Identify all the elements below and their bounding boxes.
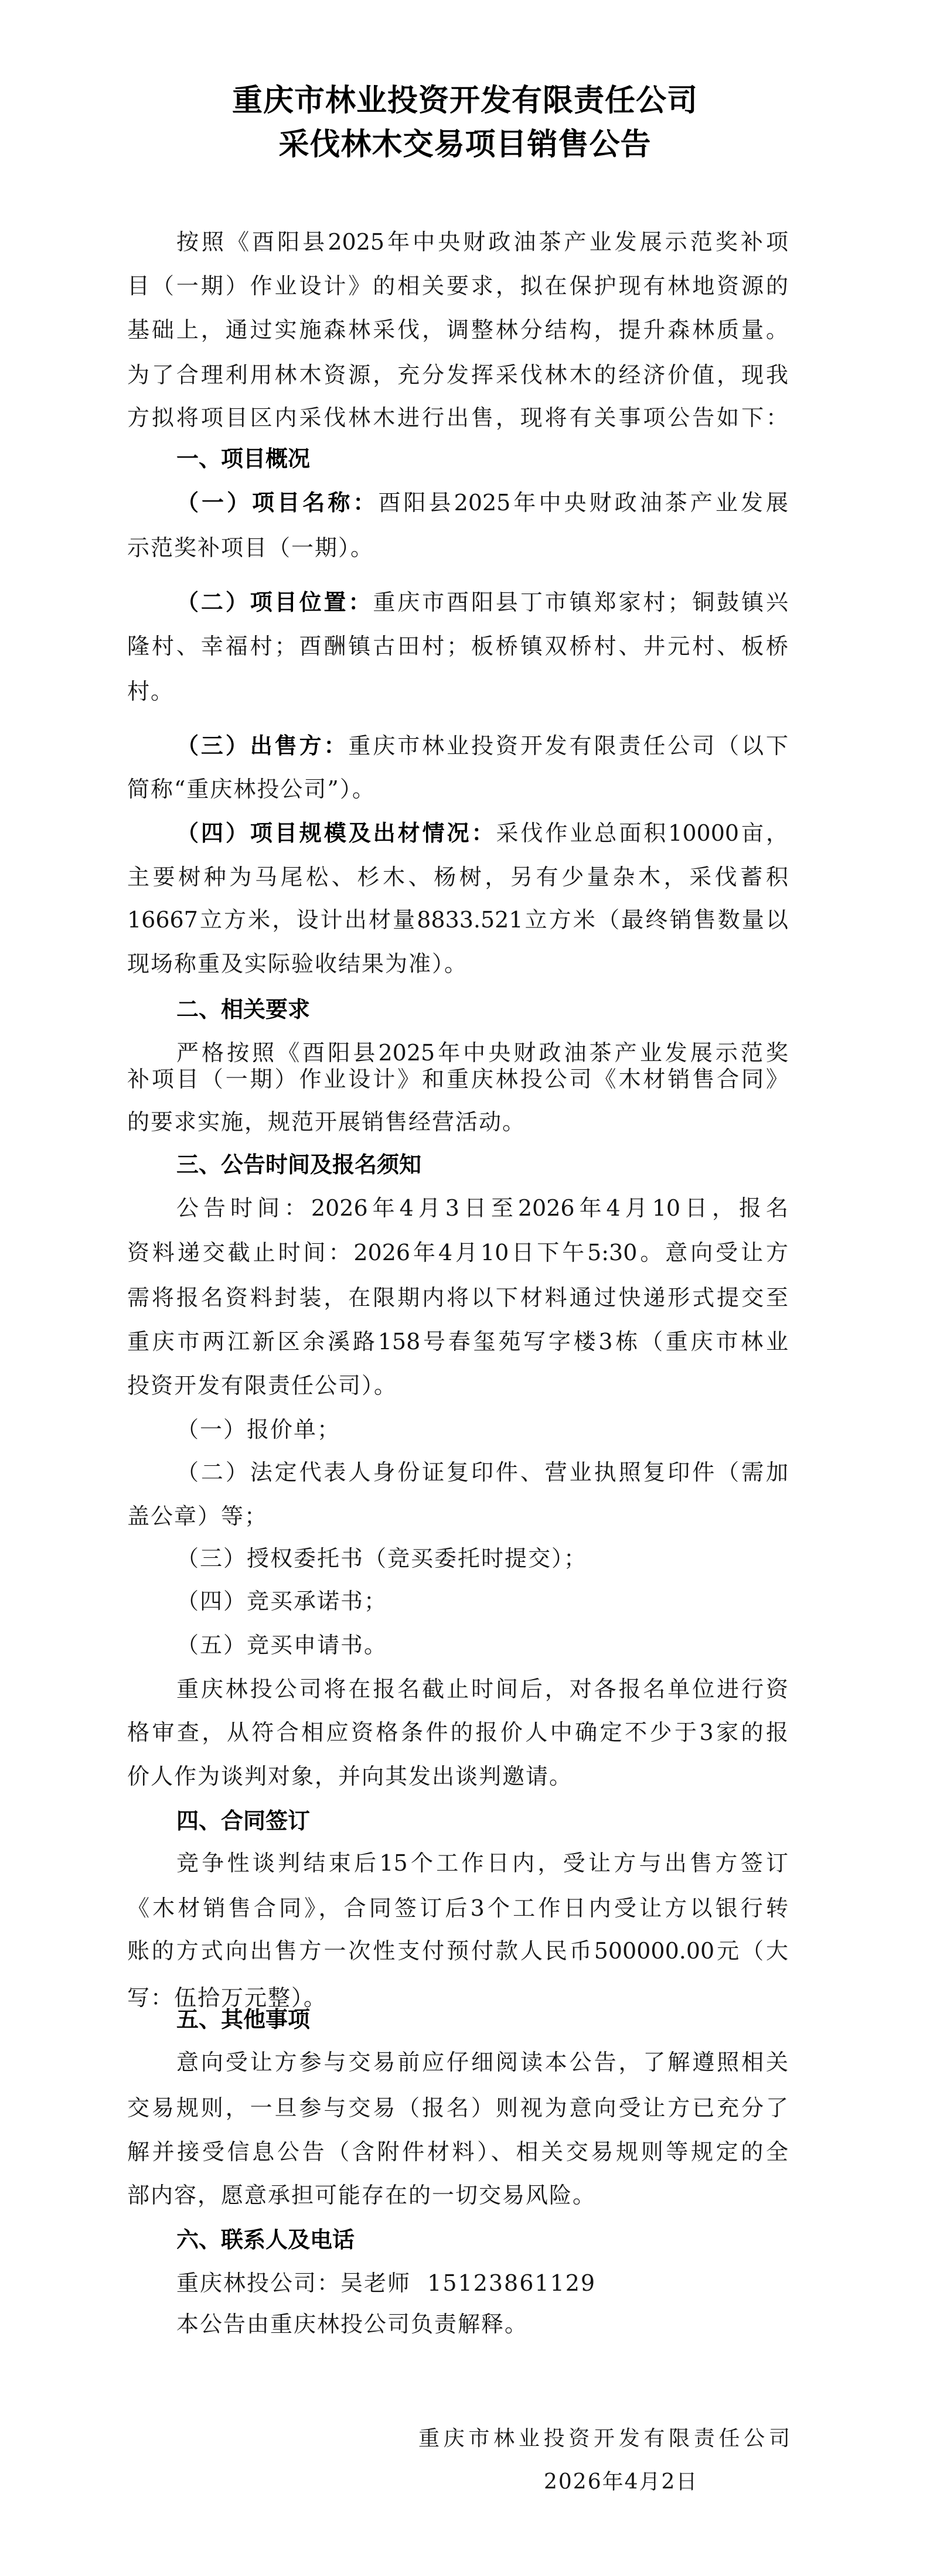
intro-line: 基础上，通过实施森林采伐，调整林分结构，提升森林质量。 bbox=[127, 316, 788, 344]
project-scale-line: 现场称重及实际验收结果为准）。 bbox=[127, 950, 468, 978]
interpretation-note: 本公告由重庆林投公司负责解释。 bbox=[176, 2310, 528, 2338]
intro-line: 为了合理利用林木资源，充分发挥采伐林木的经济价值，现我 bbox=[127, 361, 788, 389]
registration-line: 投资开发有限责任公司）。 bbox=[127, 1371, 397, 1400]
section-heading-contract: 四、合同签订 bbox=[176, 1807, 310, 1835]
contract-line: 《木材销售合同》，合同签订后3个工作日内受让方以银行转 bbox=[127, 1894, 788, 1922]
project-location-value: 重庆市酉阳县丁市镇郑家村；铜鼓镇兴 bbox=[373, 589, 788, 615]
project-scale-line: （四）项目规模及出材情况：采伐作业总面积10000亩， bbox=[176, 819, 788, 847]
other-matters-line: 交易规则，一旦参与交易（报名）则视为意向受让方已充分了 bbox=[127, 2094, 788, 2122]
contact-info: 重庆林投公司：吴老师 15123861129 bbox=[176, 2269, 596, 2297]
project-name-value: 酉阳县2025年中央财政油茶产业发展 bbox=[378, 490, 788, 516]
project-name-line: （一）项目名称：酉阳县2025年中央财政油茶产业发展 bbox=[176, 489, 788, 517]
registration-line: 重庆市两江新区余溪路158号春玺苑写字楼3栋（重庆市林业 bbox=[127, 1328, 788, 1356]
document-title-line-1: 重庆市林业投资开发有限责任公司 bbox=[0, 83, 930, 118]
qualification-line: 价人作为谈判对象，并向其发出谈判邀请。 bbox=[127, 1762, 573, 1790]
material-item: （五）竞买申请书。 bbox=[176, 1631, 387, 1659]
material-item: （二）法定代表人身份证复印件、营业执照复印件（需加 bbox=[176, 1458, 788, 1486]
requirements-line: 严格按照《酉阳县2025年中央财政油茶产业发展示范奖 bbox=[176, 1039, 788, 1067]
signature-date: 2026年4月2日 bbox=[544, 2469, 698, 2496]
signature-company: 重庆市林业投资开发有限责任公司 bbox=[418, 2425, 791, 2452]
seller-line: 简称“重庆林投公司”）。 bbox=[127, 775, 376, 803]
section-heading-contact: 六、联系人及电话 bbox=[176, 2226, 355, 2254]
project-scale-line: 16667立方米，设计出材量8833.521立方米（最终销售数量以 bbox=[127, 906, 788, 934]
seller-value: 重庆市林业投资开发有限责任公司（以下 bbox=[348, 733, 788, 759]
announcement-document: 重庆市林业投资开发有限责任公司 采伐林木交易项目销售公告 按照《酉阳县2025年… bbox=[0, 0, 930, 2576]
intro-line: 目（一期）作业设计》的相关要求，拟在保护现有林地资源的 bbox=[127, 272, 788, 300]
other-matters-line: 意向受让方参与交易前应仔细阅读本公告，了解遵照相关 bbox=[176, 2048, 788, 2076]
seller-line: （三）出售方：重庆市林业投资开发有限责任公司（以下 bbox=[176, 732, 788, 760]
intro-line: 按照《酉阳县2025年中央财政油茶产业发展示范奖补项 bbox=[176, 228, 788, 256]
project-name-line: 示范奖补项目（一期）。 bbox=[127, 534, 374, 562]
material-item: 盖公章）等； bbox=[127, 1502, 268, 1530]
seller-label: （三）出售方： bbox=[176, 732, 348, 759]
material-item: （四）竞买承诺书； bbox=[176, 1587, 387, 1615]
section-heading-requirements: 二、相关要求 bbox=[176, 995, 310, 1023]
project-name-label: （一）项目名称： bbox=[176, 489, 378, 516]
contract-line: 竞争性谈判结束后15个工作日内，受让方与出售方签订 bbox=[176, 1849, 788, 1877]
section-heading-overview: 一、项目概况 bbox=[176, 445, 310, 473]
intro-line: 方拟将项目区内采伐林木进行出售，现将有关事项公告如下： bbox=[127, 404, 788, 432]
registration-line: 公告时间：2026年4月3日至2026年4月10日，报名 bbox=[176, 1194, 788, 1222]
project-scale-label: （四）项目规模及出材情况： bbox=[176, 820, 496, 846]
project-scale-line: 主要树种为马尾松、杉木、杨树，另有少量杂木，采伐蓄积 bbox=[127, 863, 788, 891]
requirements-line: 的要求实施，规范开展销售经营活动。 bbox=[127, 1108, 526, 1136]
registration-line: 需将报名资料封装，在限期内将以下材料通过快递形式提交至 bbox=[127, 1284, 788, 1312]
requirements-line: 补项目（一期）作业设计》和重庆林投公司《木材销售合同》 bbox=[127, 1065, 788, 1093]
document-title-line-2: 采伐林木交易项目销售公告 bbox=[0, 127, 930, 162]
qualification-line: 重庆林投公司将在报名截止时间后，对各报名单位进行资 bbox=[176, 1675, 788, 1703]
project-location-line: 隆村、幸福村；酉酬镇古田村；板桥镇双桥村、井元村、板桥 bbox=[127, 632, 788, 660]
material-item: （一）报价单； bbox=[176, 1415, 340, 1444]
project-location-label: （二）项目位置： bbox=[176, 589, 373, 615]
section-heading-other-matters: 五、其他事项 bbox=[176, 2005, 310, 2033]
project-location-line: （二）项目位置：重庆市酉阳县丁市镇郑家村；铜鼓镇兴 bbox=[176, 588, 788, 616]
contract-line: 账的方式向出售方一次性支付预付款人民币500000.00元（大 bbox=[127, 1937, 788, 1965]
project-location-line: 村。 bbox=[127, 677, 174, 705]
project-scale-value: 采伐作业总面积10000亩， bbox=[496, 820, 788, 846]
material-item: （三）授权委托书（竞买委托时提交）； bbox=[176, 1544, 587, 1572]
qualification-line: 格审查，从符合相应资格条件的报价人中确定不少于3家的报 bbox=[127, 1718, 788, 1746]
other-matters-line: 部内容，愿意承担可能存在的一切交易风险。 bbox=[127, 2181, 596, 2209]
other-matters-line: 解并接受信息公告（含附件材料）、相关交易规则等规定的全 bbox=[127, 2138, 788, 2166]
registration-line: 资料递交截止时间：2026年4月10日下午5:30。意向受让方 bbox=[127, 1238, 788, 1267]
section-heading-registration: 三、公告时间及报名须知 bbox=[176, 1151, 421, 1179]
